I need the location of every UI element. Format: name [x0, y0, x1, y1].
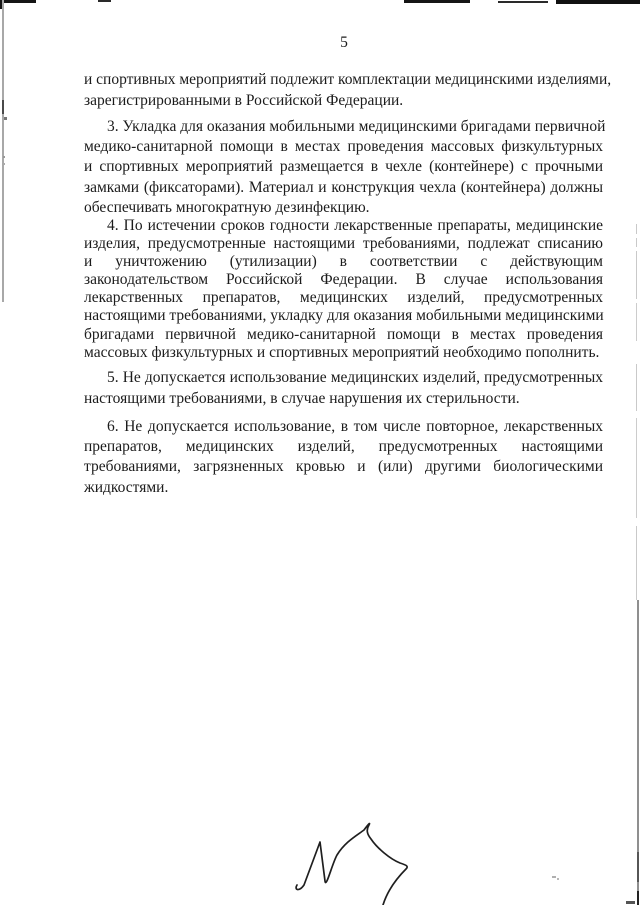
text-line: жидкостями.: [84, 478, 603, 498]
text-line: препаратов, медицинских изделий, предусм…: [84, 437, 603, 457]
text-line: 5. Не допускается использование медицинс…: [84, 368, 603, 389]
text-line: обеспечивать многократную дезинфекцию.: [84, 198, 603, 218]
text-line: медико-санитарной помощи в местах провед…: [84, 137, 603, 157]
scan-artifact-speck: [3, 163, 5, 165]
page-number: 5: [48, 33, 640, 53]
scan-artifact-right-edge: [636, 238, 637, 247]
scan-artifact-right-edge: [637, 852, 639, 882]
text-line: замками (фиксаторами). Материал и констр…: [84, 178, 603, 198]
document-page: 5 и спортивных мероприятий подлежит комп…: [0, 0, 640, 905]
paragraph-item-4: 4. По истечении сроков годности лекарств…: [84, 217, 603, 362]
text-line: бригадами первичной медико-санитарной по…: [84, 326, 603, 344]
signature-scribble: [290, 815, 420, 905]
text-line: изделия, предусмотренные настоящими треб…: [84, 235, 603, 253]
text-line: 3. Укладка для оказания мобильными медиц…: [84, 117, 603, 137]
scan-artifact-speck: [3, 156, 5, 158]
paragraph-continuation: и спортивных мероприятий подлежит компле…: [84, 70, 603, 111]
text-line: зарегистрированными в Российской Федерац…: [84, 91, 603, 112]
scan-artifact-right-edge: [636, 303, 637, 341]
scan-artifact-speck: [552, 876, 556, 878]
scan-artifact-top-edge: [0, 0, 36, 3]
scan-artifact-top-edge: [98, 0, 111, 2]
text-line: настоящими требованиями, укладку для ока…: [84, 307, 603, 325]
scan-artifact-left-edge: [4, 117, 7, 120]
text-line: 6. Не допускается использование, в том ч…: [84, 417, 603, 437]
scan-artifact-left-edge: [2, 100, 4, 114]
scan-artifact-right-edge: [636, 251, 637, 299]
scan-artifact-speck: [557, 878, 559, 880]
text-line: 4. По истечении сроков годности лекарств…: [84, 217, 603, 235]
scan-artifact-top-edge: [498, 1, 548, 3]
text-line: лекарственных препаратов, медицинских из…: [84, 289, 603, 307]
scan-artifact-right-edge: [636, 526, 637, 600]
text-line: и спортивных мероприятий размещается в ч…: [84, 157, 603, 177]
paragraph-item-5: 5. Не допускается использование медицинс…: [84, 368, 603, 409]
text-line: массовых физкультурных и спортивных меро…: [84, 344, 603, 362]
text-line: и спортивных мероприятий подлежит компле…: [84, 70, 603, 91]
scan-artifact-right-edge: [636, 418, 637, 518]
scan-artifact-right-edge: [636, 364, 637, 411]
text-line: настоящими требованиями, в случае наруше…: [84, 389, 603, 410]
scan-artifact-top-edge: [404, 0, 470, 3]
scan-artifact-bottom-edge: [626, 901, 635, 904]
scan-artifact-right-edge: [637, 891, 639, 905]
text-line: и уничтожению (утилизации) в соответстви…: [84, 253, 603, 271]
scan-artifact-right-edge: [636, 224, 637, 234]
scan-artifact-left-edge: [2, 0, 4, 302]
text-line: законодательством Российской Федерации. …: [84, 271, 603, 289]
paragraph-item-3: 3. Укладка для оказания мобильными медиц…: [84, 117, 603, 218]
text-line: требованиями, загрязненных кровью и (или…: [84, 457, 603, 477]
scan-artifact-top-edge: [556, 0, 640, 4]
paragraph-item-6: 6. Не допускается использование, в том ч…: [84, 417, 603, 498]
